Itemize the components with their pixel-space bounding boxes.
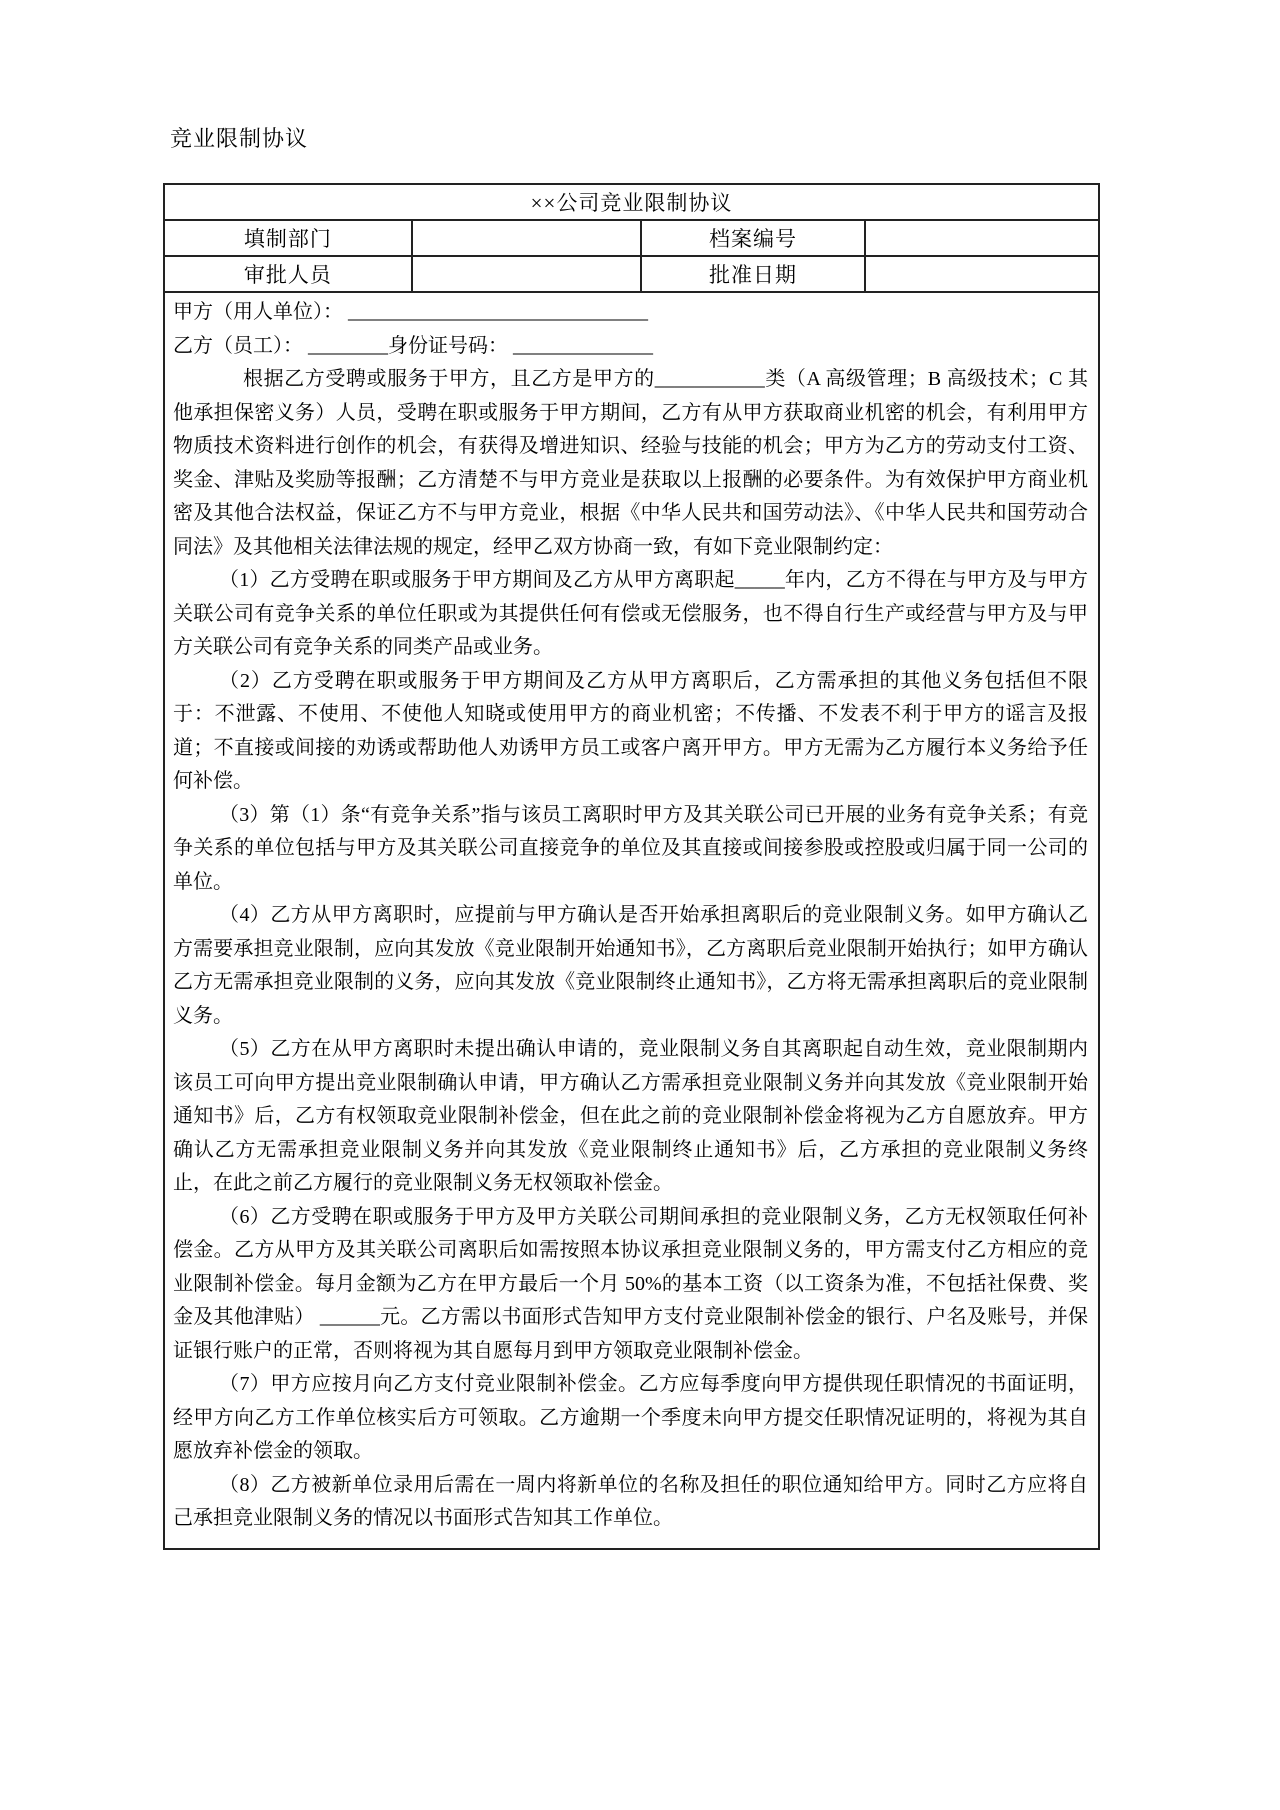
table-row: 填制部门 档案编号 [164,220,1099,256]
document-body: 竞业限制协议 ××公司竞业限制协议 填制部门 档案编号 审批 [163,124,1100,1550]
table-body-row: 甲方（用人单位）： ______________________________… [164,292,1099,1549]
clause-5: （5）乙方在从甲方离职时未提出确认申请的，竞业限制义务自其离职起自动生效，竞业限… [173,1033,1088,1201]
clause-7: （7）甲方应按月向乙方支付竞业限制补偿金。乙方应每季度向甲方提供现任职情况的书面… [173,1368,1088,1469]
dept-label-cell: 填制部门 [164,220,412,256]
party-b-line: 乙方（员工）： ________身份证号码： ______________ [173,330,1088,364]
approver-value-cell [412,256,641,292]
approver-label-cell: 审批人员 [164,256,412,292]
agreement-text-cell: 甲方（用人单位）： ______________________________… [164,292,1099,1549]
clause-6: （6）乙方受聘在职或服务于甲方及甲方关联公司期间承担的竞业限制义务，乙方无权领取… [173,1201,1088,1369]
file-number-label-cell: 档案编号 [641,220,865,256]
table-header-row: ××公司竞业限制协议 [164,184,1099,220]
party-a-line: 甲方（用人单位）： ______________________________ [173,296,1088,330]
clause-3: （3）第（1）条“有竞争关系”指与该员工离职时甲方及其关联公司已开展的业务有竞争… [173,799,1088,900]
approval-date-label-cell: 批准日期 [641,256,865,292]
clause-8: （8）乙方被新单位录用后需在一周内将新单位的名称及担任的职位通知给甲方。同时乙方… [173,1469,1088,1536]
clause-4: （4）乙方从甲方离职时，应提前与甲方确认是否开始承担离职后的竞业限制义务。如甲方… [173,899,1088,1033]
document-page: 竞业限制协议 ××公司竞业限制协议 填制部门 档案编号 审批 [0,0,1280,1810]
page-title: 竞业限制协议 [163,124,1100,154]
agreement-table: ××公司竞业限制协议 填制部门 档案编号 审批人员 批准日期 甲方（用人单位） [163,183,1100,1550]
clause-1: （1）乙方受聘在职或服务于甲方期间及乙方从甲方离职起_____年内，乙方不得在与… [173,564,1088,665]
clause-2: （2）乙方受聘在职或服务于甲方期间及乙方从甲方离职后，乙方需承担的其他义务包括但… [173,665,1088,799]
approval-date-value-cell [865,256,1099,292]
table-row: 审批人员 批准日期 [164,256,1099,292]
intro-paragraph: 根据乙方受聘或服务于甲方，且乙方是甲方的___________类（A 高级管理；… [173,363,1088,564]
file-number-value-cell [865,220,1099,256]
dept-value-cell [412,220,641,256]
table-title: ××公司竞业限制协议 [164,184,1099,220]
